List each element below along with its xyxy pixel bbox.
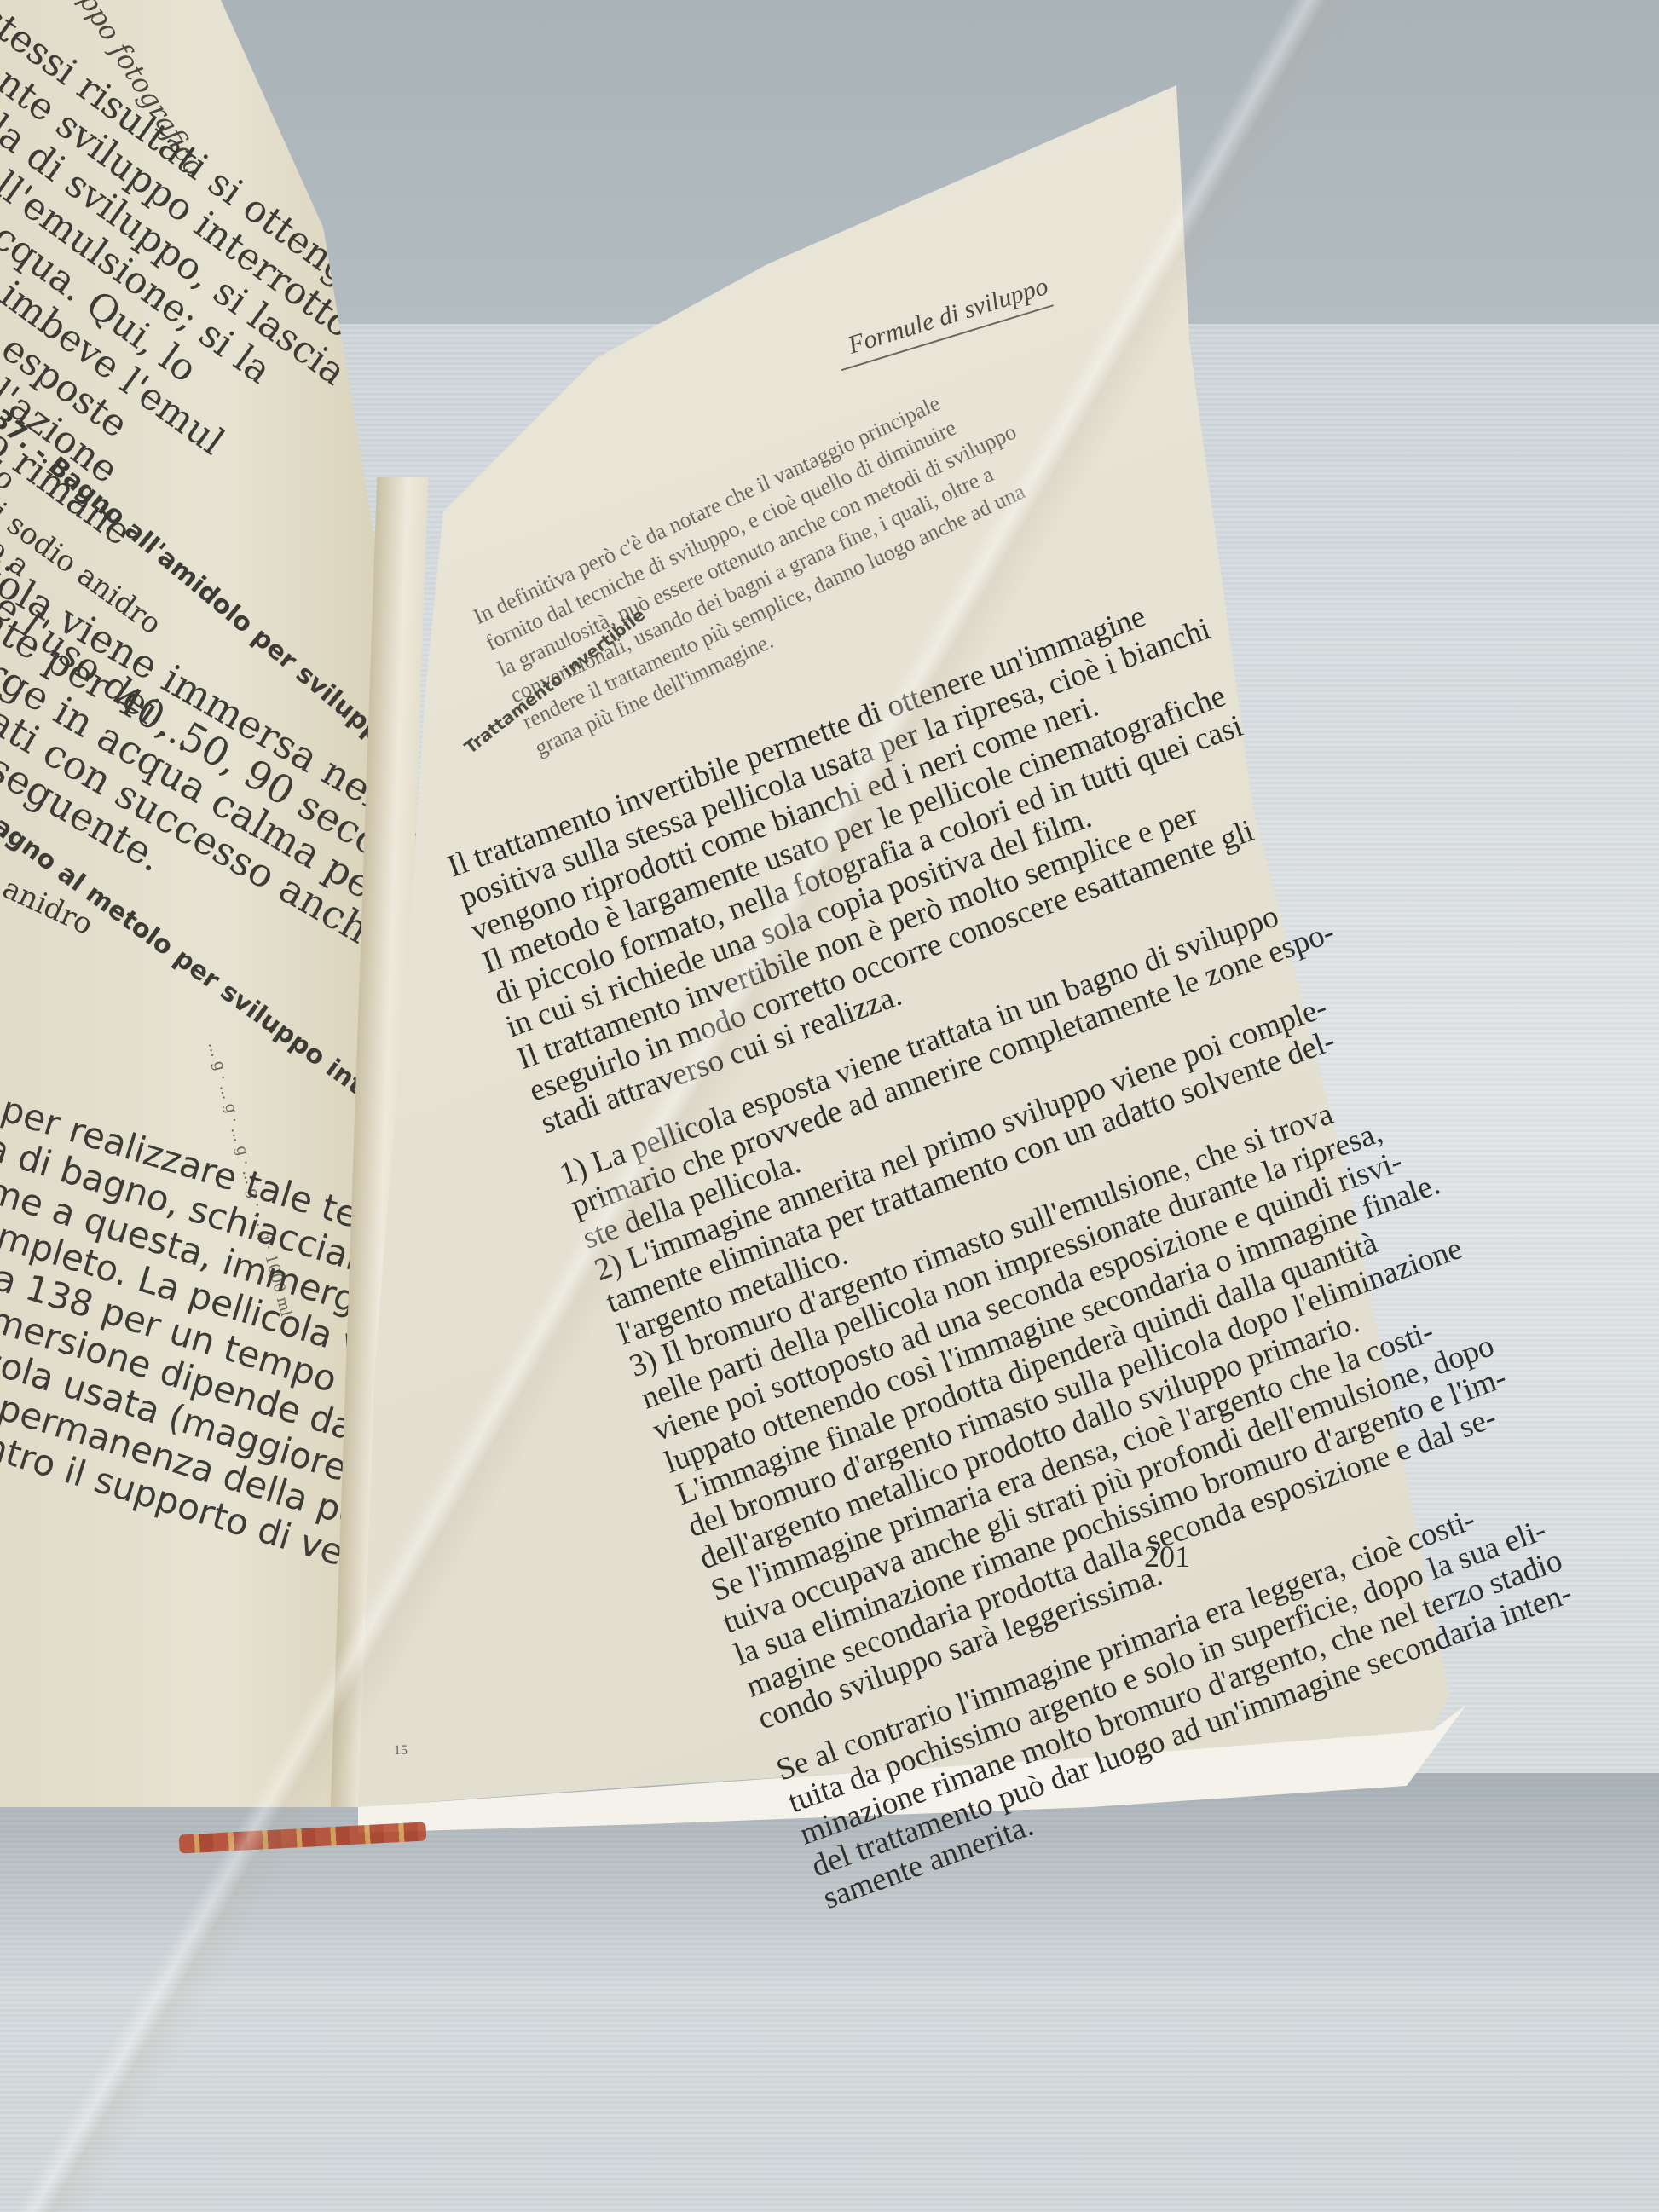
page-number: 201 — [1144, 1539, 1190, 1574]
quantity: ... g — [216, 1083, 240, 1116]
quantity: ... g — [205, 1040, 229, 1073]
quantity: ... g — [227, 1125, 251, 1158]
signature-mark: 15 — [394, 1743, 408, 1759]
